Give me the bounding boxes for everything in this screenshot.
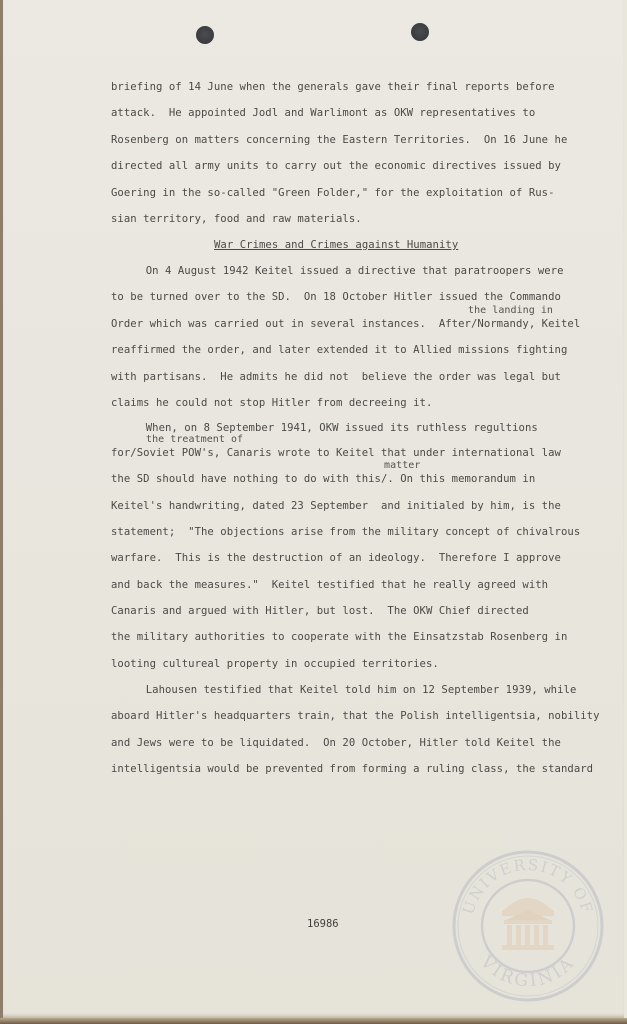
text-line: Lahousen testified that Keitel told him … — [120, 684, 576, 696]
text-line: intelligentsia would be prevented from f… — [111, 763, 593, 775]
interlinear-insertion: matter — [384, 460, 420, 472]
punch-hole-right — [411, 23, 429, 41]
text-line: to be turned over to the SD. On 18 Octob… — [111, 291, 561, 303]
text-line: and back the measures." Keitel testified… — [111, 579, 548, 591]
text-line: reaffirmed the order, and later extended… — [111, 344, 567, 356]
paper-edge-bottom — [0, 1018, 627, 1024]
text-line: warfare. This is the destruction of an i… — [111, 552, 561, 564]
text-line: When, on 8 September 1941, OKW issued it… — [120, 422, 538, 434]
page-number: 16986 — [307, 918, 339, 930]
text-line: directed all army units to carry out the… — [111, 160, 561, 172]
text-line: aboard Hitler's headquarters train, that… — [111, 710, 600, 722]
punch-hole-left — [196, 26, 214, 44]
text-line: Order which was carried out in several i… — [111, 318, 580, 330]
section-heading: War Crimes and Crimes against Humanity — [214, 239, 458, 251]
text-line: and Jews were to be liquidated. On 20 Oc… — [111, 737, 561, 749]
text-line: statement; "The objections arise from th… — [111, 526, 580, 538]
text-line: Rosenberg on matters concerning the East… — [111, 134, 567, 146]
text-line: looting cultureal property in occupied t… — [111, 658, 439, 670]
text-line: Keitel's handwriting, dated 23 September… — [111, 500, 561, 512]
text-line: On 4 August 1942 Keitel issued a directi… — [120, 265, 564, 277]
text-line: attack. He appointed Jodl and Warlimont … — [111, 107, 535, 119]
text-line: Canaris and argued with Hitler, but lost… — [111, 605, 529, 617]
text-line: the SD should have nothing to do with th… — [111, 473, 535, 485]
text-line: with partisans. He admits he did not bel… — [111, 371, 561, 383]
text-line: briefing of 14 June when the generals ga… — [111, 81, 555, 93]
text-line: Goering in the so-called "Green Folder,"… — [111, 187, 555, 199]
text-line: sian territory, food and raw materials. — [111, 213, 362, 225]
interlinear-insertion: the treatment of — [146, 434, 243, 446]
university-seal-watermark-icon: UNIVERSITY OF VIRGINIA — [450, 848, 606, 1004]
text-line: claims he could not stop Hitler from dec… — [111, 397, 432, 409]
typewritten-page: briefing of 14 June when the generals ga… — [3, 0, 624, 1018]
text-line: for/Soviet POW's, Canaris wrote to Keite… — [111, 447, 561, 459]
interlinear-insertion: the landing in — [468, 305, 553, 317]
text-line: the military authorities to cooperate wi… — [111, 631, 567, 643]
